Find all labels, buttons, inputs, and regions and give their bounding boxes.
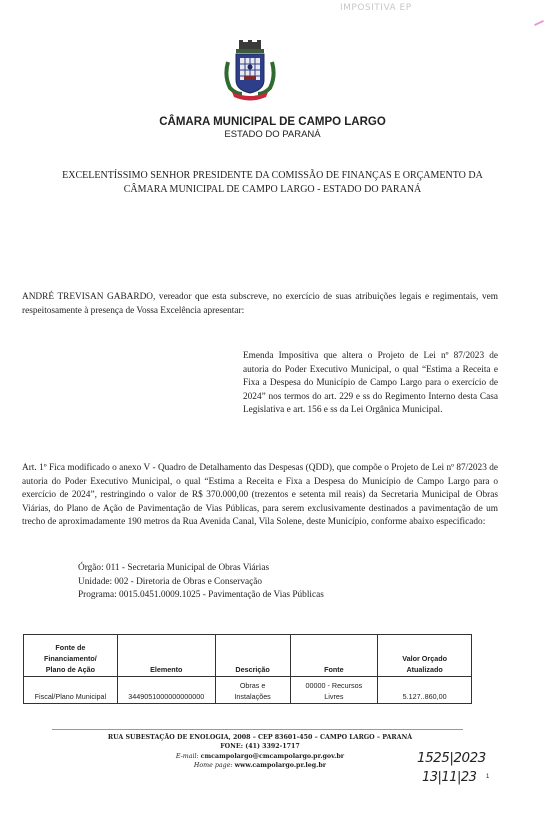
- header-fonte-financiamento: Fonte de Financiamento/ Plano de Ação: [24, 635, 118, 677]
- handwritten-note-top: IMPOSITIVA EP: [340, 3, 412, 13]
- organization-subtitle: ESTADO DO PARANÁ: [0, 129, 545, 140]
- budget-classification: Órgão: 011 - Secretaria Municipal de Obr…: [78, 562, 324, 603]
- addressee-line-2: CÂMARA MUNICIPAL DE CAMPO LARGO - ESTADO…: [20, 183, 525, 197]
- email-link[interactable]: cmcampolargo@cmcampolargo.pr.gov.br: [201, 753, 344, 760]
- footer-phone: FONE: (41) 3392-1717: [0, 743, 520, 750]
- cell-fonte: 00000 - Recursos Livres: [290, 677, 378, 704]
- coat-of-arms-icon: [222, 40, 278, 104]
- orgao-line: Órgão: 011 - Secretaria Municipal de Obr…: [78, 562, 324, 576]
- cell-valor: 5.127..860,00: [378, 677, 472, 704]
- page-number: 1: [486, 774, 489, 780]
- addressee-block: EXCELENTÍSSIMO SENHOR PRESIDENTE DA COMI…: [20, 169, 525, 196]
- cell-elemento: 3449051000000000000: [117, 677, 215, 704]
- footer-address: RUA SUBESTAÇÃO DE ENOLOGIA, 2008 – CEP 8…: [0, 734, 520, 741]
- programa-line: Programa: 0015.0451.0009.1025 - Paviment…: [78, 589, 324, 603]
- unidade-line: Unidade: 002 - Diretoria de Obras e Cons…: [78, 576, 324, 590]
- homepage-link[interactable]: www.campolargo.pr.leg.br: [235, 762, 327, 769]
- header-descricao: Descrição: [215, 635, 290, 677]
- header-elemento: Elemento: [117, 635, 215, 677]
- table-header-row: Fonte de Financiamento/ Plano de Ação El…: [24, 635, 472, 677]
- protocol-number-handwritten: 1525|2023: [417, 750, 486, 766]
- addressee-line-1: EXCELENTÍSSIMO SENHOR PRESIDENTE DA COMI…: [20, 169, 525, 183]
- header-fonte: Fonte: [290, 635, 378, 677]
- intro-paragraph: ANDRÉ TREVISAN GABARDO, vereador que est…: [22, 291, 498, 318]
- organization-title: CÂMARA MUNICIPAL DE CAMPO LARGO: [0, 116, 545, 128]
- cell-fonte-financiamento: Fiscal/Plano Municipal: [24, 677, 118, 704]
- homepage-label: Home page:: [194, 762, 233, 769]
- pen-mark: [534, 20, 544, 26]
- footer-divider: [52, 729, 463, 730]
- budget-table: Fonte de Financiamento/ Plano de Ação El…: [23, 634, 472, 704]
- cell-descricao: Obras e Instalações: [215, 677, 290, 704]
- header-valor: Valor Orçado Atualizado: [378, 635, 472, 677]
- ementa-paragraph: Emenda Impositiva que altera o Projeto d…: [243, 350, 498, 418]
- email-label: E-mail:: [176, 753, 199, 760]
- table-row: Fiscal/Plano Municipal 34490510000000000…: [24, 677, 472, 704]
- article-1-paragraph: Art. 1º Fica modificado o anexo V - Quad…: [22, 462, 498, 530]
- protocol-date-handwritten: 13|11|23: [422, 770, 476, 785]
